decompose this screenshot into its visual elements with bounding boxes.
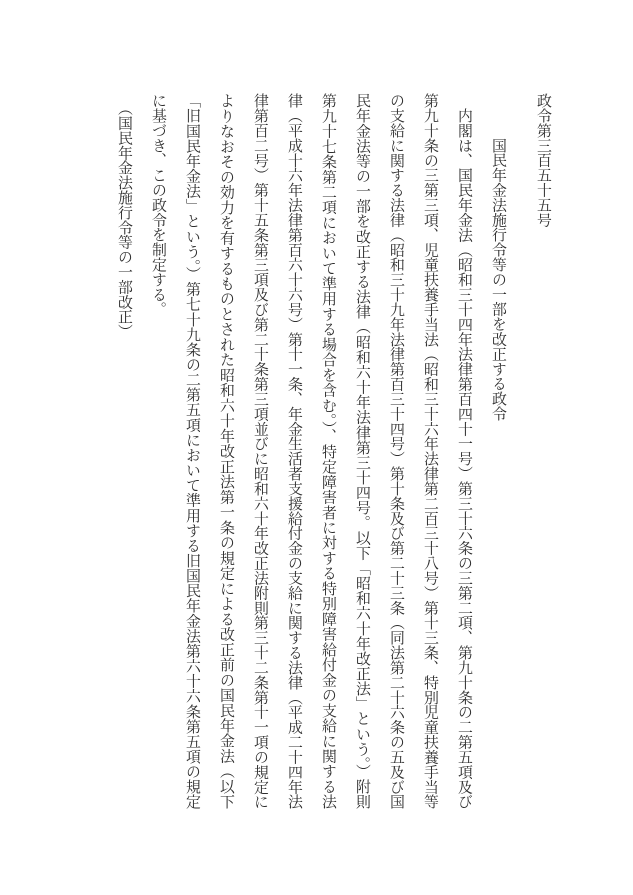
preamble-line-10: に基づき、この政令を制定する。 — [141, 93, 175, 809]
preamble-line-6: 律（平成十六年法律第百六十六号）第十一条、年金生活者支援給付金の支給に関する法律… — [277, 93, 311, 809]
preamble-line-7: 律第百二号）第十五条第三項及び第二十条第三項並びに昭和六十年改正法附則第三十二条… — [243, 93, 277, 809]
preamble-line-3: の支給に関する法律（昭和三十九年法律第百三十四号）第十条及び第二十三条（同法第二… — [379, 93, 413, 809]
preamble-line-4: 民年金法等の一部を改正する法律（昭和六十年法律第三十四号。以下「昭和六十年改正法… — [345, 93, 379, 809]
vertical-text-block: 政令第三百五十五号 国民年金法施行令等の一部を改正する政令 内閣は、国民年金法（… — [107, 93, 560, 809]
preamble-line-2: 第九十条の三第三項、児童扶養手当法（昭和三十六年法律第二百三十八号）第十三条、特… — [413, 93, 447, 809]
preamble-line-9: 「旧国民年金法」という。）第七十九条の二第五項において準用する旧国民年金法第六十… — [175, 93, 209, 809]
preamble-line-5: 第九十七条第二項において準用する場合を含む。）、特定障害者に対する特別障害給付金… — [311, 93, 345, 809]
preamble-line-8: よりなおその効力を有するものとされた昭和六十年改正法第一条の規定による改正前の国… — [209, 93, 243, 809]
preamble-line-1: 内閣は、国民年金法（昭和三十四年法律第百四十一号）第三十六条の三第二項、第九十条… — [447, 93, 481, 809]
decree-title: 国民年金法施行令等の一部を改正する政令 — [481, 93, 515, 809]
decree-number: 政令第三百五十五号 — [526, 93, 560, 809]
article-caption: （国民年金法施行令等の一部改正） — [107, 93, 141, 809]
document-page: 政令第三百五十五号 国民年金法施行令等の一部を改正する政令 内閣は、国民年金法（… — [0, 0, 633, 895]
